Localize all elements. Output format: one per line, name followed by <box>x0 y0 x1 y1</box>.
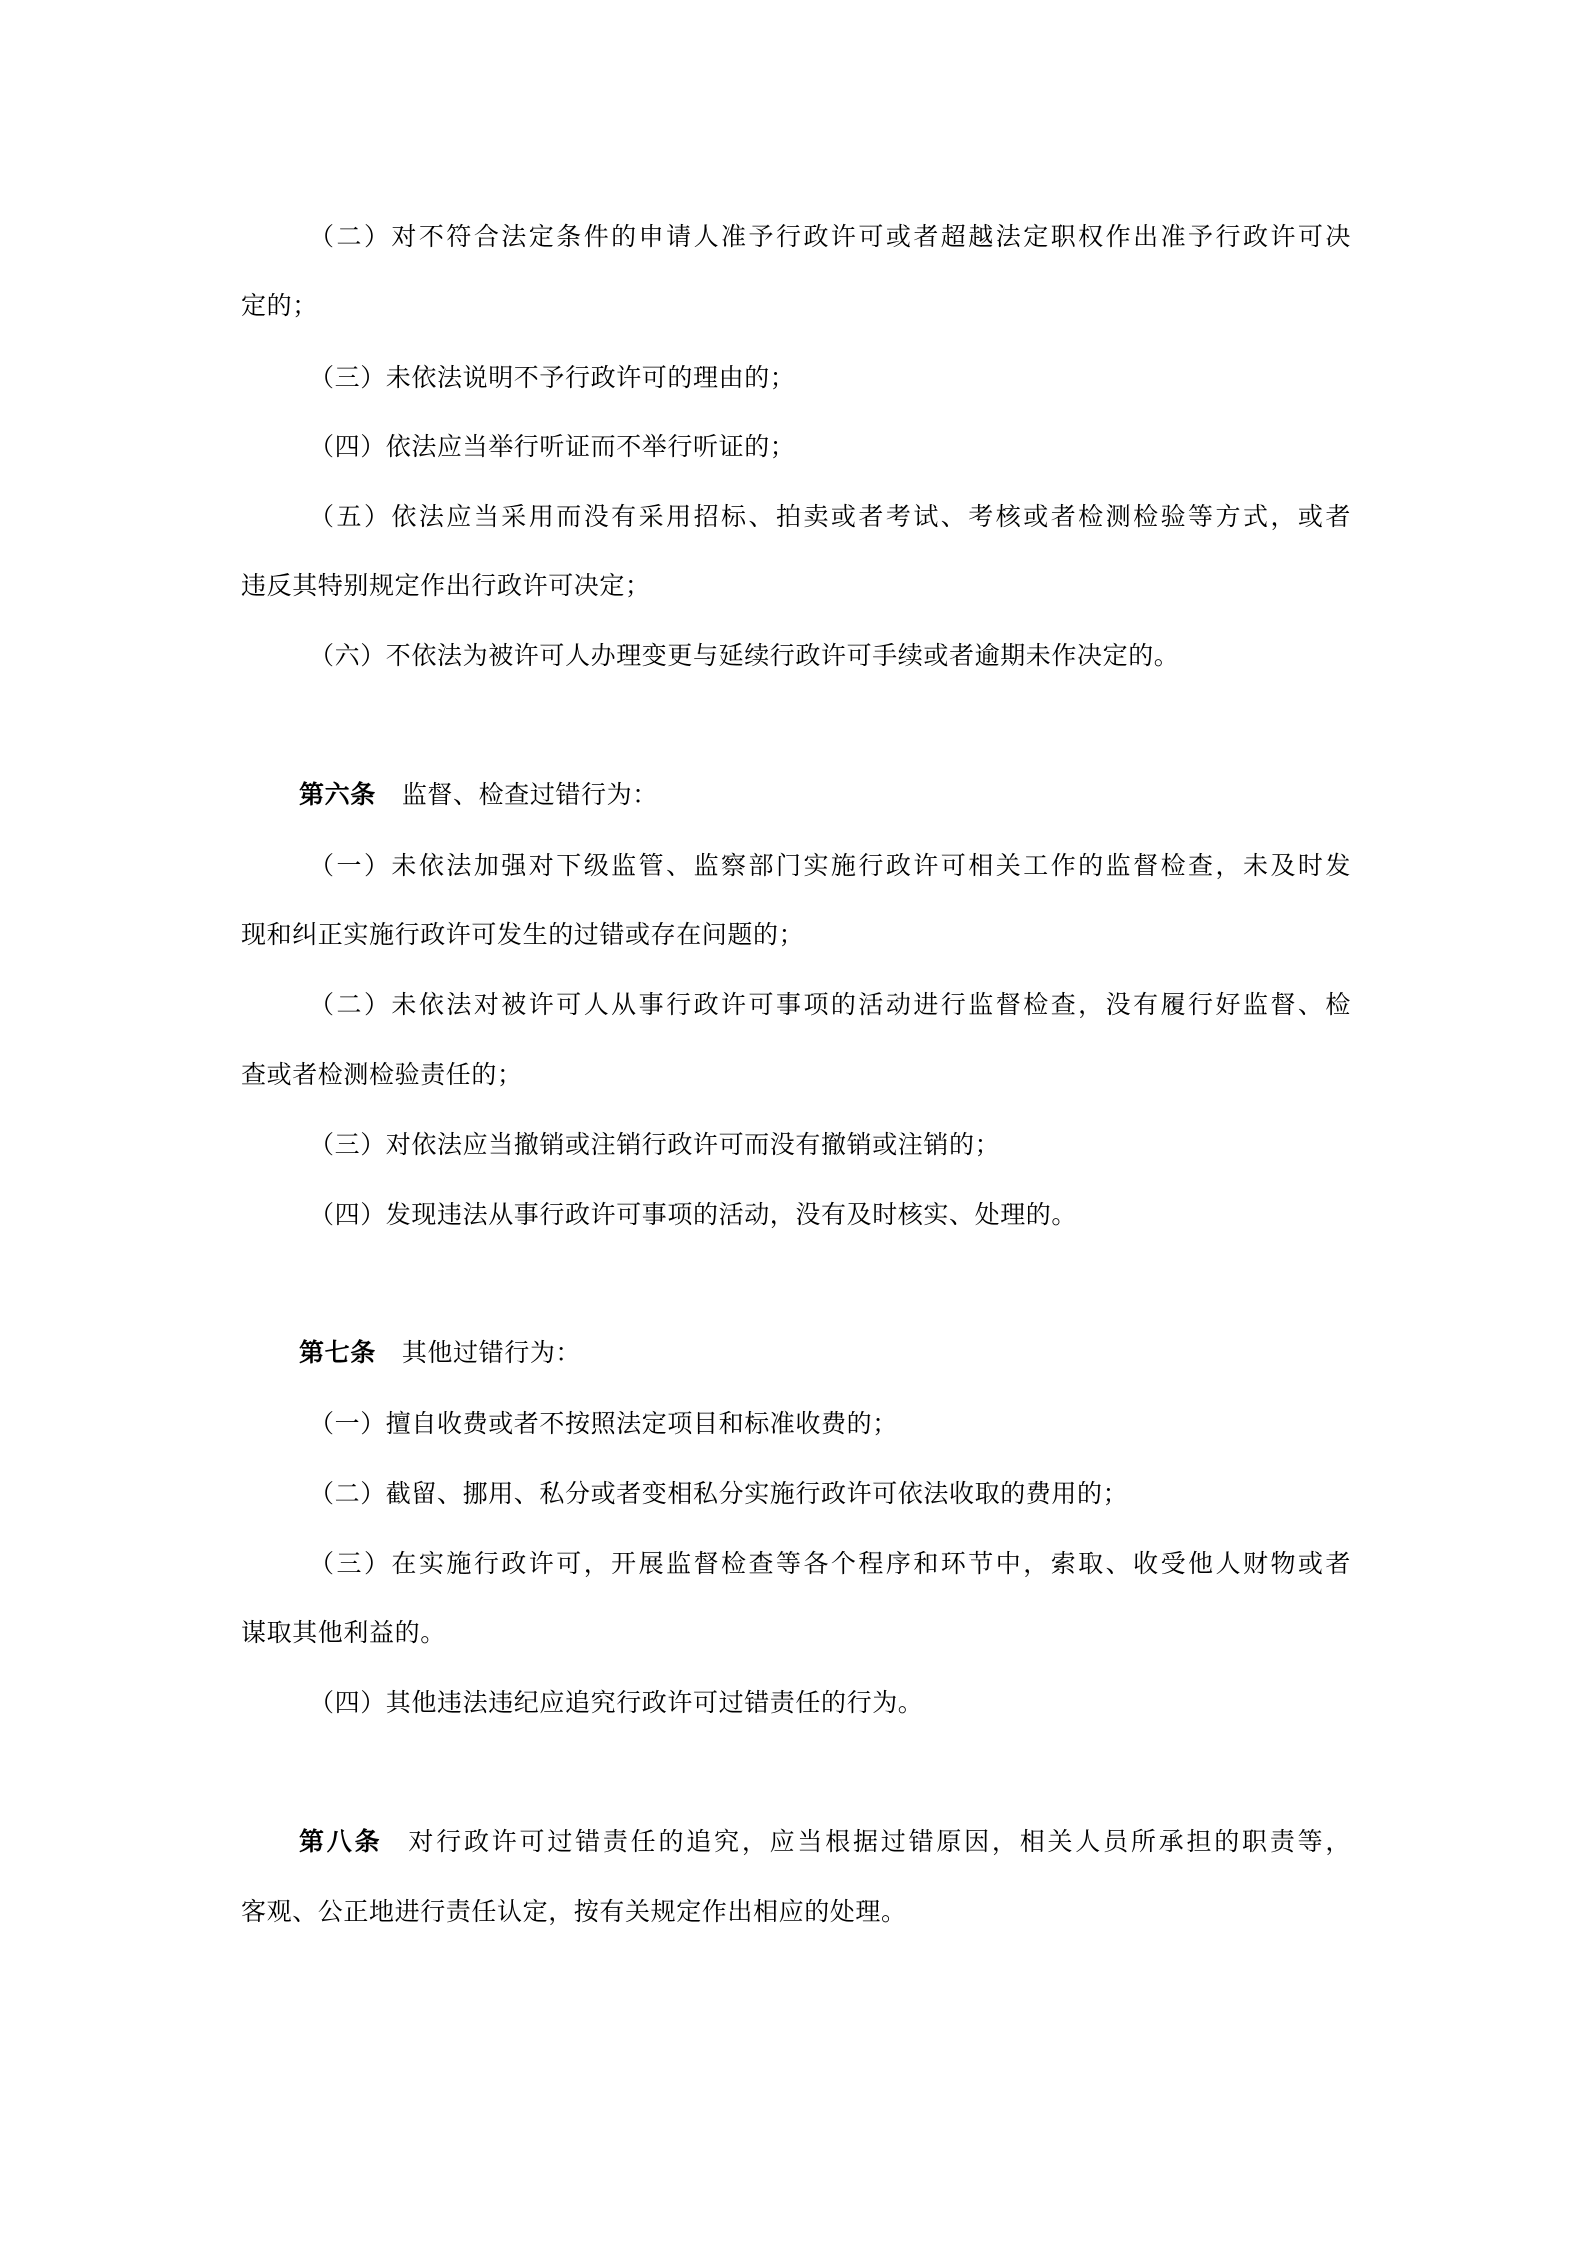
item-line: （五）依法应当采用而没有采用招标、拍卖或者考试、考核或者检测检验等方式，或者 <box>309 502 1351 532</box>
item-line: （一）擅自收费或者不按照法定项目和标准收费的； <box>309 1409 898 1439</box>
article-heading-7: 第七条其他过错行为： <box>299 1338 581 1368</box>
item-line: （六）不依法为被许可人办理变更与延续行政许可手续或者逾期未作决定的。 <box>309 641 1179 671</box>
item-line-continuation: 客观、公正地进行责任认定，按有关规定作出相应的处理。 <box>241 1897 907 1927</box>
article-number: 第六条 <box>299 780 376 809</box>
article-title: 监督、检查过错行为： <box>402 780 658 809</box>
article-heading-8: 第八条对行政许可过错责任的追究，应当根据过错原因，相关人员所承担的职责等， <box>299 1827 1351 1857</box>
item-line: （一）未依法加强对下级监管、监察部门实施行政许可相关工作的监督检查，未及时发 <box>309 851 1351 881</box>
item-line-continuation: 违反其特别规定作出行政许可决定； <box>241 571 651 601</box>
article-body: 对行政许可过错责任的追究，应当根据过错原因，相关人员所承担的职责等， <box>408 1827 1351 1856</box>
item-line: （二）截留、挪用、私分或者变相私分实施行政许可依法收取的费用的； <box>309 1479 1128 1509</box>
item-line-continuation: 定的； <box>241 291 318 321</box>
item-line: （四）其他违法违纪应追究行政许可过错责任的行为。 <box>309 1688 923 1718</box>
item-line: （三）未依法说明不予行政许可的理由的； <box>309 363 795 393</box>
item-line: （四）依法应当举行听证而不举行听证的； <box>309 432 795 462</box>
article-number: 第七条 <box>299 1338 376 1367</box>
article-heading-6: 第六条监督、检查过错行为： <box>299 780 658 810</box>
item-line: （三）在实施行政许可，开展监督检查等各个程序和环节中，索取、收受他人财物或者 <box>309 1549 1351 1579</box>
item-line: （二）未依法对被许可人从事行政许可事项的活动进行监督检查，没有履行好监督、检 <box>309 990 1351 1020</box>
item-line: （三）对依法应当撤销或注销行政许可而没有撤销或注销的； <box>309 1130 1000 1160</box>
item-line: （四）发现违法从事行政许可事项的活动，没有及时核实、处理的。 <box>309 1200 1077 1230</box>
article-title: 其他过错行为： <box>402 1338 581 1367</box>
item-line-continuation: 现和纠正实施行政许可发生的过错或存在问题的； <box>241 920 804 950</box>
article-number: 第八条 <box>299 1827 382 1856</box>
item-line-continuation: 谋取其他利益的。 <box>241 1618 446 1648</box>
item-line-continuation: 查或者检测检验责任的； <box>241 1060 523 1090</box>
item-line: （二）对不符合法定条件的申请人准予行政许可或者超越法定职权作出准予行政许可决 <box>309 222 1351 252</box>
